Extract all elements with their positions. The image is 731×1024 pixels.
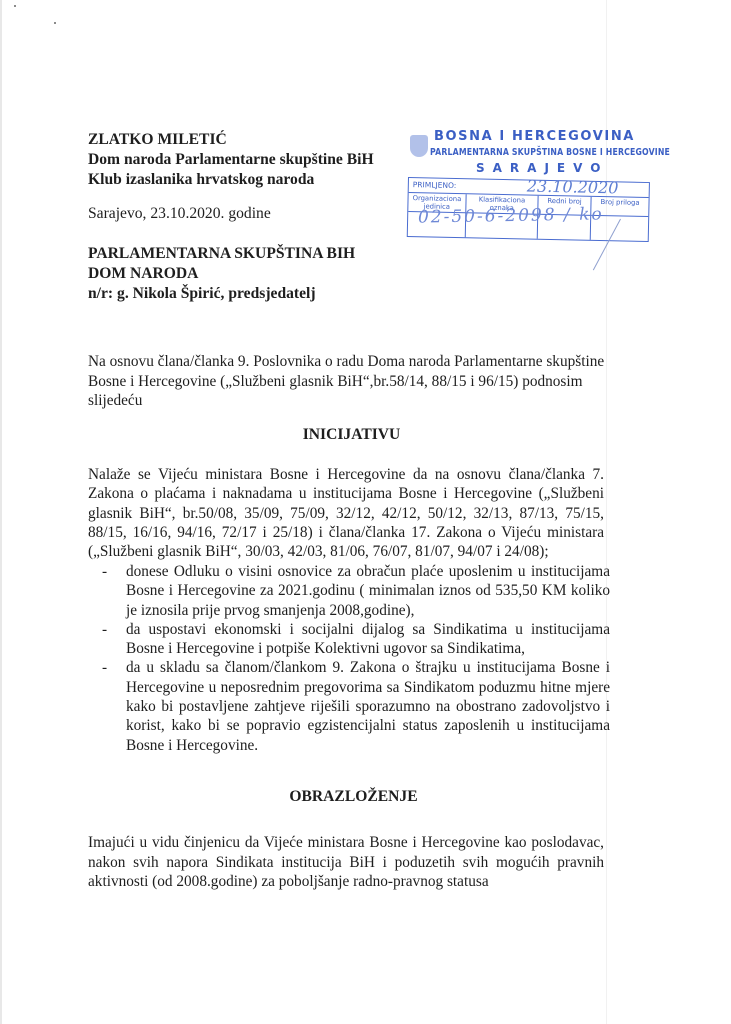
explanation-paragraph: Imajući u vidu činjenicu da Vijeće minis… <box>88 833 604 892</box>
intro-paragraph: Na osnovu člana/članka 9. Poslovnika o r… <box>88 352 608 411</box>
list-item: -donese Odluku o visini osnovice za obra… <box>98 562 610 620</box>
initiative-list: -donese Odluku o visini osnovice za obra… <box>98 562 610 755</box>
recipient-line-1: PARLAMENTARNA SKUPŠTINA BIH <box>88 244 355 264</box>
document-page: ZLATKO MILETIĆ Dom naroda Parlamentarne … <box>0 0 731 1024</box>
sender-block: ZLATKO MILETIĆ Dom naroda Parlamentarne … <box>88 130 374 190</box>
heading-initiative: INICIJATIVU <box>0 426 717 444</box>
list-item: -da uspostavi ekonomski i socijalni dija… <box>98 620 610 659</box>
scan-speck <box>14 5 16 7</box>
coat-of-arms-icon <box>410 135 428 157</box>
list-item: -da u skladu sa članom/člankom 9. Zakona… <box>98 658 610 754</box>
stamp-received-date: 23.10.2020 <box>527 176 619 197</box>
stamp-institution: PARLAMENTARNA SKUPŠTINA BOSNE I HERCEGOV… <box>430 147 670 158</box>
scan-edge <box>0 0 2 1024</box>
heading-explanation: OBRAZLOŽENJE <box>0 788 719 806</box>
sender-club: Klub izaslanika hrvatskog naroda <box>88 170 374 190</box>
recipient-line-2: DOM NARODA <box>88 264 355 284</box>
scan-speck <box>54 22 56 24</box>
stamp-city: SARAJEVO <box>476 161 608 175</box>
sender-institution: Dom naroda Parlamentarne skupštine BiH <box>88 150 374 170</box>
stamp-handwritten-number: 02-50-6-2098 / ko <box>418 204 604 227</box>
stamp-received-label: PRIMLJENO: <box>413 180 457 190</box>
registry-stamp: BOSNA I HERCEGOVINA PARLAMENTARNA SKUPŠT… <box>398 127 728 277</box>
recipient-line-3: n/r: g. Nikola Špirić, predsjedatelj <box>88 284 355 304</box>
date-line: Sarajevo, 23.10.2020. godine <box>88 205 271 223</box>
sender-name: ZLATKO MILETIĆ <box>88 130 374 150</box>
initiative-paragraph: Nalaže se Vijeću ministara Bosne i Herce… <box>88 465 604 561</box>
stamp-country: BOSNA I HERCEGOVINA <box>434 129 635 144</box>
recipient-block: PARLAMENTARNA SKUPŠTINA BIH DOM NARODA n… <box>88 244 355 304</box>
